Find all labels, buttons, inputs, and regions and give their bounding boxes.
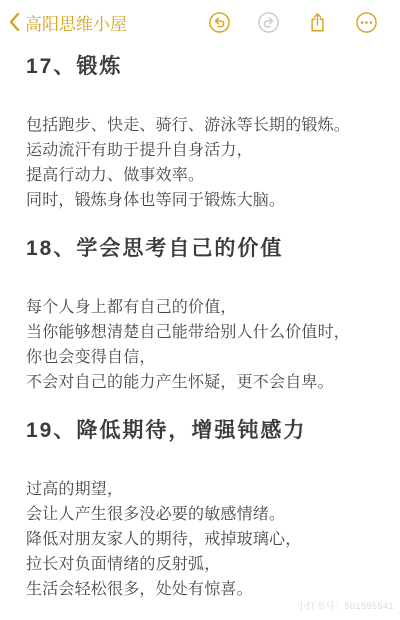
section-heading: 19、降低期待，增强钝感力 — [26, 418, 376, 444]
note-line: 每个人身上都有自己的价值， — [26, 295, 376, 320]
back-chevron-icon — [8, 12, 20, 32]
share-button[interactable] — [306, 11, 329, 34]
section-heading: 17、锻炼 — [26, 54, 376, 80]
note-section-19: 19、降低期待，增强钝感力 过高的期望， 会让人产生很多没必要的敏感情绪。 降低… — [26, 418, 376, 602]
share-icon — [306, 11, 329, 34]
section-paragraph: 包括跑步、快走、骑行、游泳等长期的锻炼。 运动流汗有助于提升自身活力， 提高行动… — [26, 113, 376, 213]
note-line: 提高行动力、做事效率。 — [26, 163, 376, 188]
note-line: 不会对自己的能力产生怀疑，更不会自卑。 — [26, 370, 376, 395]
nav-actions — [208, 11, 378, 34]
redo-icon — [257, 11, 280, 34]
section-paragraph: 每个人身上都有自己的价值， 当你能够想清楚自己能带给别人什么价值时， 你也会变得… — [26, 295, 376, 395]
undo-icon — [208, 11, 231, 34]
note-line: 你也会变得自信， — [26, 345, 376, 370]
note-line: 当你能够想清楚自己能带给别人什么价值时， — [26, 320, 376, 345]
note-section-18: 18、学会思考自己的价值 每个人身上都有自己的价值， 当你能够想清楚自己能带给别… — [26, 236, 376, 395]
note-content[interactable]: 17、锻炼 包括跑步、快走、骑行、游泳等长期的锻炼。 运动流汗有助于提升自身活力… — [0, 44, 400, 602]
undo-button[interactable] — [208, 11, 231, 34]
ellipsis-icon — [355, 11, 378, 34]
note-section-17: 17、锻炼 包括跑步、快走、骑行、游泳等长期的锻炼。 运动流汗有助于提升自身活力… — [26, 54, 376, 213]
back-button[interactable]: 高阳思维小屋 — [8, 10, 127, 35]
note-line: 会让人产生很多没必要的敏感情绪。 — [26, 502, 376, 527]
back-button-label: 高阳思维小屋 — [25, 10, 127, 35]
notes-app-screen: 高阳思维小屋 — [0, 0, 400, 620]
note-line: 过高的期望， — [26, 477, 376, 502]
more-button[interactable] — [355, 11, 378, 34]
note-line: 拉长对负面情绪的反射弧， — [26, 552, 376, 577]
watermark: 小红书号：501595541 — [297, 599, 394, 612]
note-line: 运动流汗有助于提升自身活力， — [26, 138, 376, 163]
section-paragraph: 过高的期望， 会让人产生很多没必要的敏感情绪。 降低对朋友家人的期待，戒掉玻璃心… — [26, 477, 376, 602]
note-line: 同时，锻炼身体也等同于锻炼大脑。 — [26, 188, 376, 213]
note-line: 包括跑步、快走、骑行、游泳等长期的锻炼。 — [26, 113, 376, 138]
note-line: 降低对朋友家人的期待，戒掉玻璃心， — [26, 527, 376, 552]
redo-button[interactable] — [257, 11, 280, 34]
section-heading: 18、学会思考自己的价值 — [26, 236, 376, 262]
navbar: 高阳思维小屋 — [0, 0, 400, 44]
